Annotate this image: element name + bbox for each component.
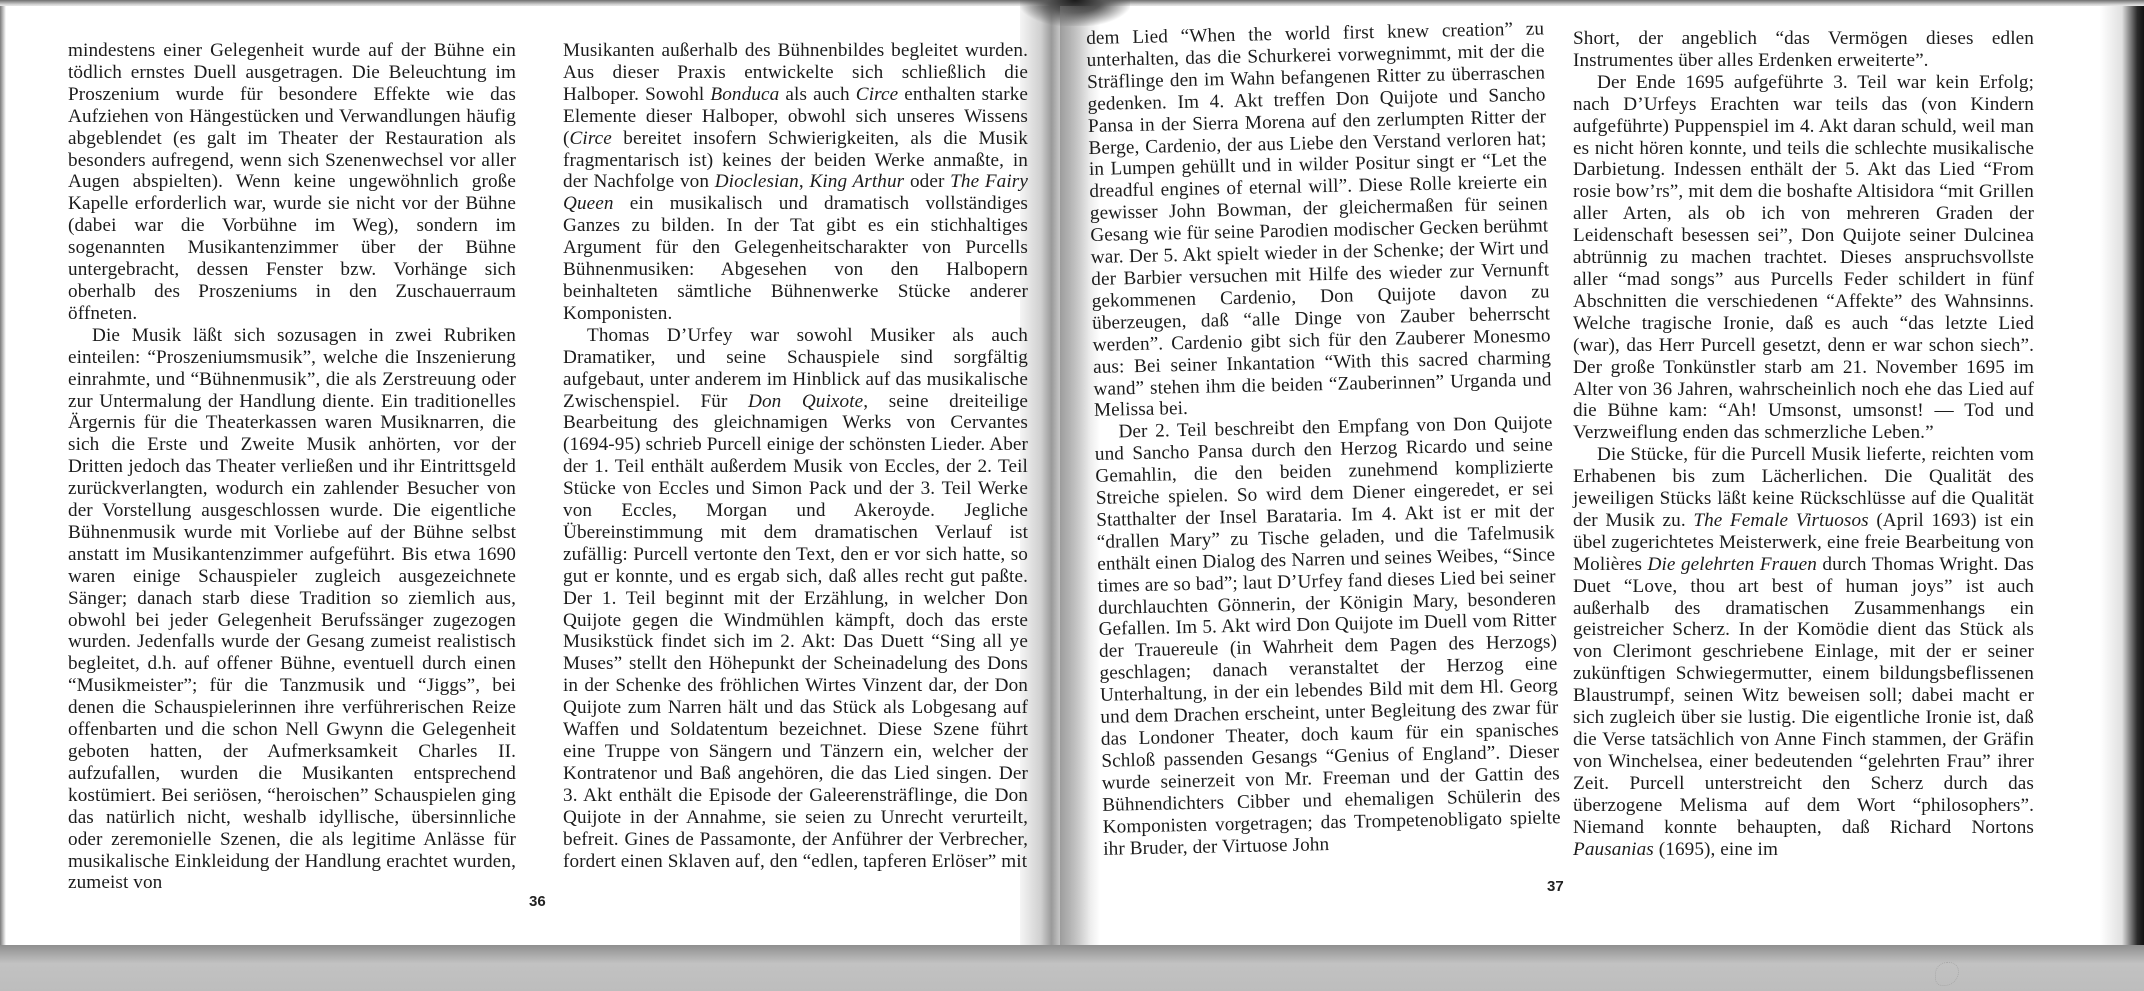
scan-bottom-background: [0, 945, 2144, 991]
fore-edge: [2100, 6, 2144, 945]
left-page-column-2: Musikanten außerhalb des Bühnenbildes be…: [563, 40, 1028, 872]
book-spread: mindestens einer Gelegenheit wurde auf d…: [0, 0, 2144, 991]
paragraph: Die Musik läßt sich sozusagen in zwei Ru…: [68, 325, 516, 895]
paragraph: Short, der angeblich “das Vermögen diese…: [1573, 28, 2034, 72]
page-number-left: 36: [529, 893, 546, 910]
right-page-column-1: dem Lied “When the world first knew crea…: [1086, 18, 1561, 860]
right-page-column-2: Short, der angeblich “das Vermögen diese…: [1573, 28, 2034, 860]
paragraph: Musikanten außerhalb des Bühnenbildes be…: [563, 40, 1028, 325]
paragraph: Der 2. Teil beschreibt den Empfang von D…: [1094, 413, 1561, 861]
paragraph: dem Lied “When the world first knew crea…: [1086, 18, 1552, 422]
paragraph: Der Ende 1695 aufgeführte 3. Teil war ke…: [1573, 72, 2034, 444]
paragraph: Die Stücke, für die Purcell Musik liefer…: [1573, 444, 2034, 860]
paragraph: Thomas D’Urfey war sowohl Musiker als au…: [563, 325, 1028, 873]
page-number-right: 37: [1547, 878, 1564, 895]
left-page-column-1: mindestens einer Gelegenheit wurde auf d…: [68, 40, 516, 894]
paragraph: mindestens einer Gelegenheit wurde auf d…: [68, 40, 516, 325]
